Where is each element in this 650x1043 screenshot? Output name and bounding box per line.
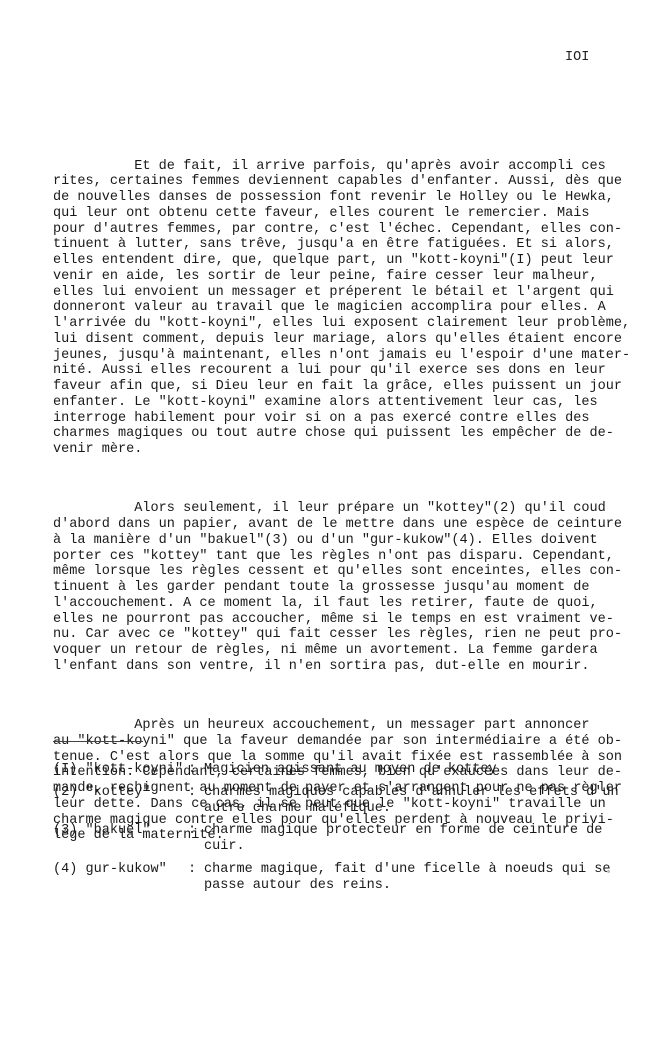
footnote-term: (2) "kottey" [53, 785, 151, 801]
paragraph: Alors seulement, il leur prépare un "kot… [53, 501, 623, 674]
footnote-separator-colon: : [188, 785, 196, 801]
text-line: enfanter. Le "kott-koyni" examine alors … [53, 395, 623, 411]
footnote-definition-line: cuir. [204, 839, 623, 855]
footnote-definition-line: passe autour des reins. [204, 878, 623, 894]
footnote-term: (4) gur-kukow" [53, 862, 167, 878]
paragraph: Et de fait, il arrive parfois, qu'après … [53, 159, 623, 458]
footnote-separator-colon: : [188, 823, 196, 839]
text-line: venir en aide, les sortir de leur peine,… [53, 269, 623, 285]
footnote: (I) "kott-koyni" : Magicien agissant au … [53, 762, 623, 778]
page-number: IOI [565, 50, 589, 65]
footnote-separator-colon: : [188, 762, 196, 778]
text-line: elles entendent dire, que, quelque part,… [53, 253, 623, 269]
text-line: nu. Car avec ce "kottey" qui fait cesser… [53, 627, 623, 643]
footnote-separator-colon: : [188, 862, 196, 878]
document-page: IOI Et de fait, il arrive parfois, qu'ap… [0, 0, 650, 1043]
text-line: Et de fait, il arrive parfois, qu'après … [53, 159, 623, 175]
text-line: interroge habilement pour voir si on a p… [53, 411, 623, 427]
text-line: lui disent comment, depuis leur mariage,… [53, 332, 623, 348]
footnote: (2) "kottey" : charmes magiques capables… [53, 785, 623, 817]
text-line: Alors seulement, il leur prépare un "kot… [53, 501, 623, 517]
footnote-definition-line: charme magique, fait d'une ficelle à noe… [204, 862, 623, 878]
text-line: pour d'autres femmes, par contre, c'est … [53, 222, 623, 238]
text-line: venir mère. [53, 442, 623, 458]
text-line: Après un heureux accouchement, un messag… [53, 718, 623, 734]
footnote-definition-line: Magicien agissant au moyen de kottey [204, 762, 623, 778]
footnote-definition: charme magique protecteur en forme de ce… [204, 823, 623, 855]
footnote-separator [53, 741, 143, 742]
footnote: (3) "bakuel" : charme magique protecteur… [53, 823, 623, 855]
text-line: elles lui envoient un messager et préper… [53, 285, 623, 301]
text-line: de nouvelles danses de possession font r… [53, 190, 623, 206]
text-line: l'arrivée du "kott-koyni", elles lui exp… [53, 316, 623, 332]
text-line: nité. Aussi elles recourent a lui pour q… [53, 363, 623, 379]
text-line: à la manière d'un "bakuel"(3) ou d'un "g… [53, 533, 623, 549]
text-line: l'enfant dans son ventre, il n'en sortir… [53, 659, 623, 675]
text-line: tinuent à les garder pendant toute la gr… [53, 580, 623, 596]
footnote-definition-line: charme magique protecteur en forme de ce… [204, 823, 623, 839]
scan-speck [607, 870, 610, 873]
text-line: donneront valeur au travail que le magic… [53, 300, 623, 316]
text-line: jeunes, jusqu'à maintenant, elles n'ont … [53, 348, 623, 364]
text-line: d'abord dans un papier, avant de le mett… [53, 517, 623, 533]
text-line: faveur afin que, si Dieu leur en fait la… [53, 379, 623, 395]
text-line: même lorsque les règles cessent et qu'el… [53, 564, 623, 580]
footnote: (4) gur-kukow" : charme magique, fait d'… [53, 862, 623, 894]
text-line: l'accouchement. A ce moment la, il faut … [53, 596, 623, 612]
text-line: porter ces "kottey" tant que les règles … [53, 549, 623, 565]
text-line: qui leur ont obtenu cette faveur, elles … [53, 206, 623, 222]
footnote-definition: charme magique, fait d'une ficelle à noe… [204, 862, 623, 894]
text-line: rites, certaines femmes deviennent capab… [53, 174, 623, 190]
footnote-definition: Magicien agissant au moyen de kottey [204, 762, 623, 778]
text-line: tinuent à lutter, sans trêve, jusqu'a en… [53, 237, 623, 253]
footnote-definition-line: autre charme maléfique. [204, 801, 623, 817]
footnotes: (I) "kott-koyni" : Magicien agissant au … [53, 762, 623, 900]
footnote-definition: charmes magiques capables d'annuler les … [204, 785, 623, 817]
text-line: charmes magiques ou tout autre chose qui… [53, 426, 623, 442]
footnote-term: (I) "kott-koyni" [53, 762, 183, 778]
text-line: voquer un retour de règles, ni même un a… [53, 643, 623, 659]
footnote-term: (3) "bakuel" [53, 823, 151, 839]
text-line: elles ne pourront pas accoucher, même si… [53, 612, 623, 628]
footnote-definition-line: charmes magiques capables d'annuler les … [204, 785, 623, 801]
